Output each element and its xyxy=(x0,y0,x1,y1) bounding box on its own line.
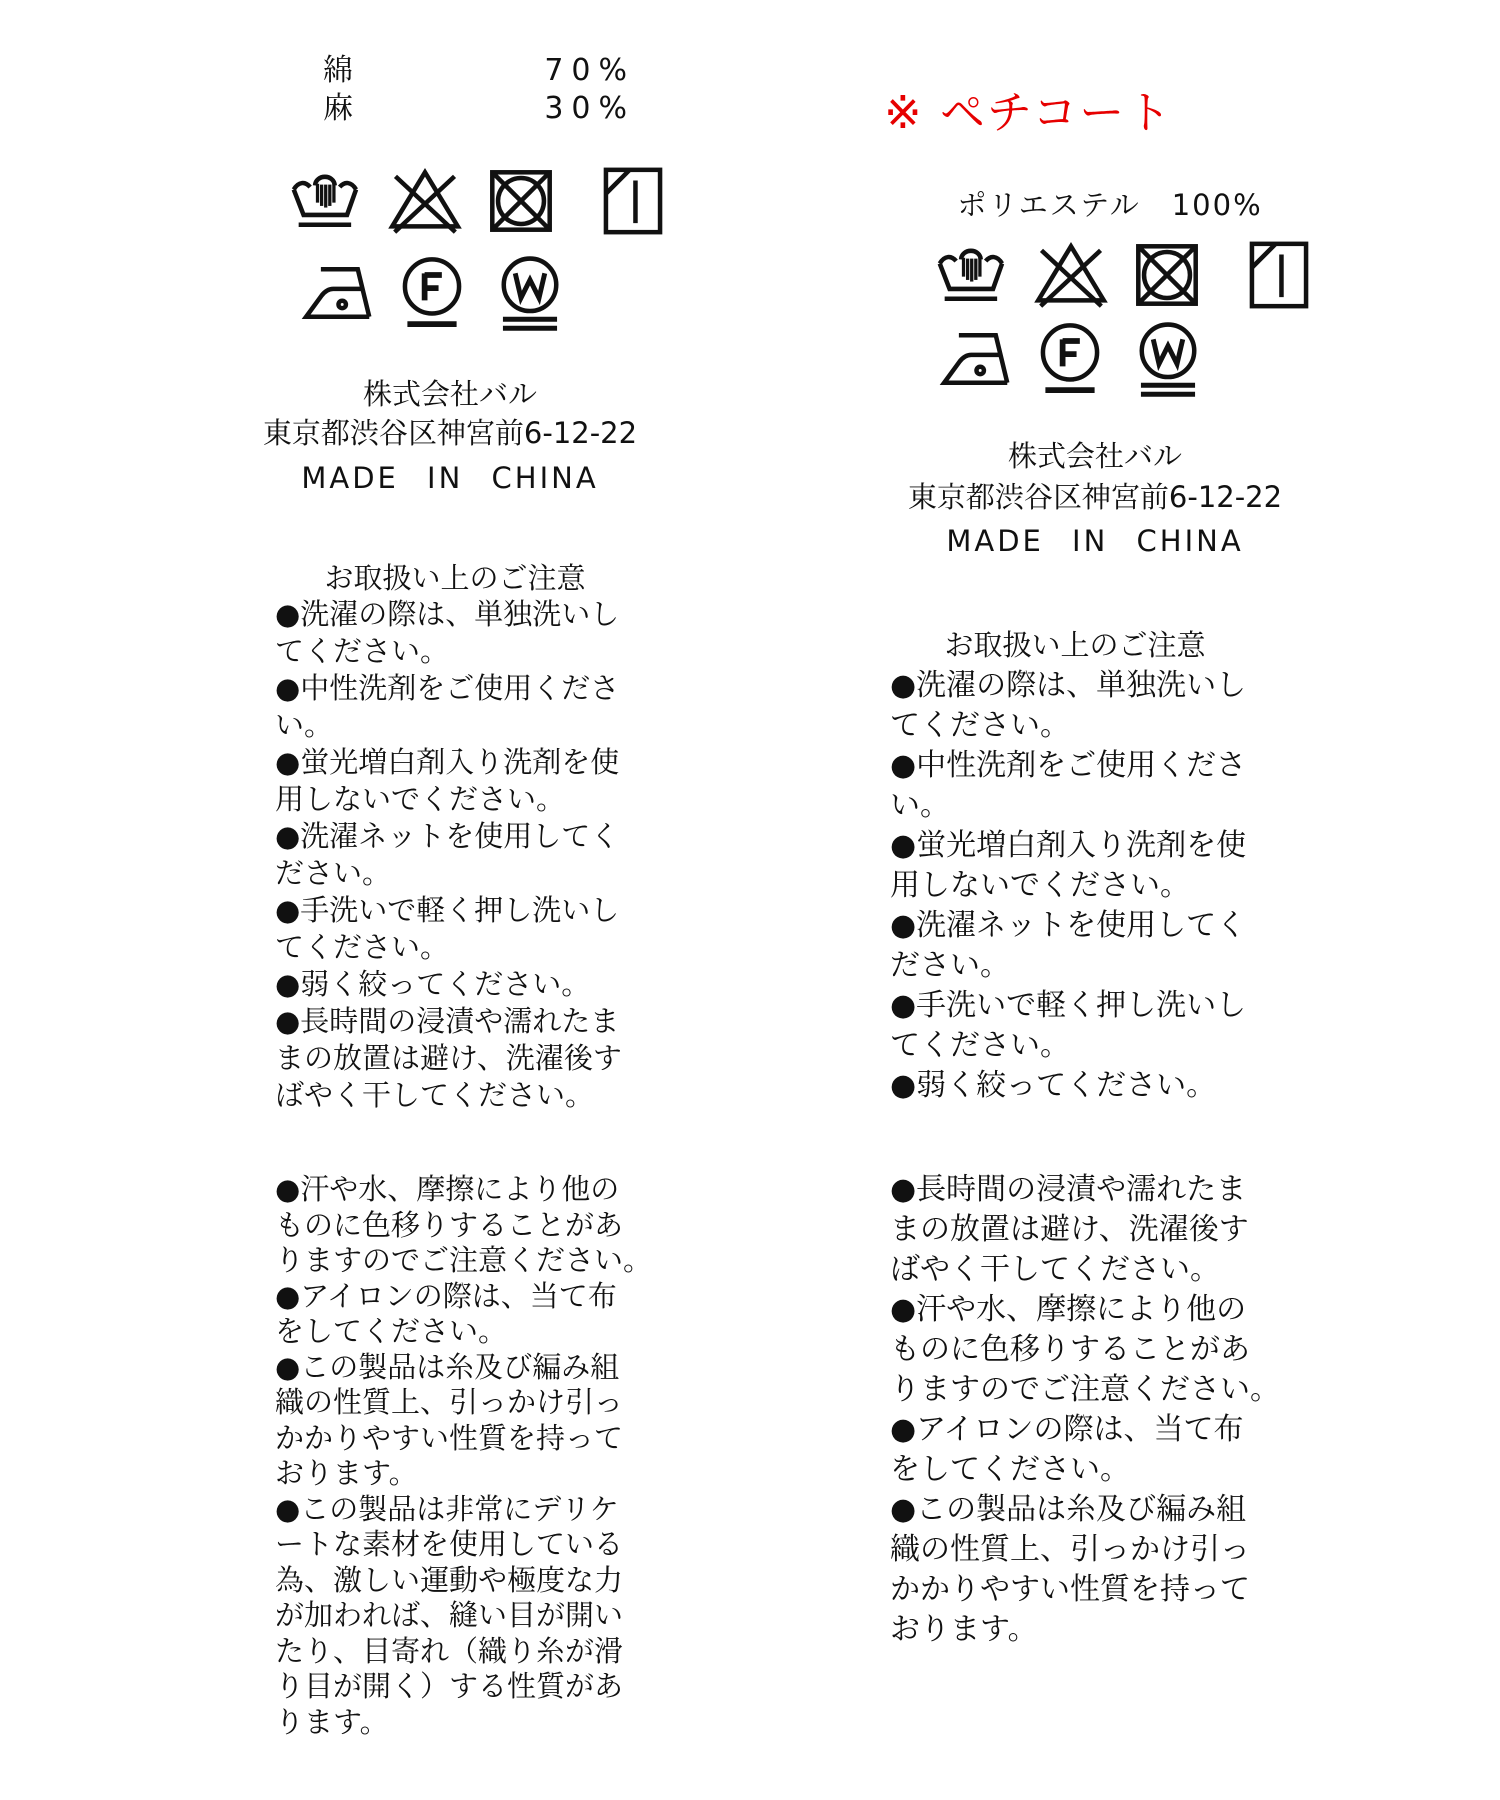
care-line: ●手洗いで軽く押し洗いし xyxy=(890,986,1246,1026)
care-line: をしてください。 xyxy=(275,1314,652,1350)
material-name: 麻 xyxy=(323,90,353,128)
line-dry-in-shade-icon xyxy=(592,159,674,243)
composition-row: 綿 70% xyxy=(323,52,635,90)
care-line: が加われば、縫い目が開い xyxy=(275,1598,652,1634)
do-not-bleach-icon xyxy=(1030,233,1112,317)
company-address: 東京都渋谷区神宮前6-12-22 xyxy=(250,411,650,452)
care-line: い。 xyxy=(275,707,622,744)
composition-row: 麻 30% xyxy=(323,90,635,128)
care-line: ●この製品は糸及び編み組 xyxy=(890,1490,1280,1530)
care-line: ●この製品は糸及び編み組 xyxy=(275,1350,652,1386)
company-name: 株式会社バル xyxy=(250,372,650,413)
material-percent: 70% xyxy=(544,52,635,90)
care-line: ものに色移りすることがあ xyxy=(890,1330,1280,1370)
care-line: ●長時間の浸漬や濡れたま xyxy=(275,1003,622,1040)
care-line: 用しないでください。 xyxy=(890,866,1246,906)
care-line: ●弱く絞ってください。 xyxy=(275,966,622,1003)
care-line: ●洗濯ネットを使用してく xyxy=(890,906,1246,946)
care-notes-block-1: ●洗濯の際は、単独洗いしてください。●中性洗剤をご使用ください。●蛍光増白剤入り… xyxy=(890,666,1246,1106)
care-line: 用しないでください。 xyxy=(275,781,622,818)
care-notes-title: お取扱い上のご注意 xyxy=(275,556,635,597)
care-line: 為、激しい運動や極度な力 xyxy=(275,1563,652,1599)
hand-wash-gentle-icon xyxy=(288,159,370,243)
care-line: ●弱く絞ってください。 xyxy=(890,1066,1246,1106)
care-line: ●洗濯ネットを使用してく xyxy=(275,818,622,855)
care-line: ●洗濯の際は、単独洗いし xyxy=(890,666,1246,706)
care-line: 織の性質上、引っかけ引っ xyxy=(275,1385,652,1421)
care-notes-block-1: ●洗濯の際は、単独洗いしてください。●中性洗剤をご使用ください。●蛍光増白剤入り… xyxy=(275,596,622,1114)
material-name: 綿 xyxy=(323,52,353,90)
care-line: ●中性洗剤をご使用くださ xyxy=(275,670,622,707)
do-not-bleach-icon xyxy=(384,159,466,243)
care-line: かかりやすい性質を持って xyxy=(890,1570,1280,1610)
do-not-tumble-dry-icon xyxy=(480,159,562,243)
hand-wash-gentle-icon xyxy=(934,233,1016,317)
care-notes-title: お取扱い上のご注意 xyxy=(890,623,1260,664)
care-line: おります。 xyxy=(890,1610,1280,1650)
care-line: てください。 xyxy=(275,929,622,966)
care-line: りますのでご注意ください。 xyxy=(275,1243,652,1279)
care-icons-row-2 xyxy=(293,251,571,335)
care-notes-block-2: ●長時間の浸漬や濡れたままの放置は避け、洗濯後すばやく干してください。●汗や水、… xyxy=(890,1170,1280,1650)
care-line: ものに色移りすることがあ xyxy=(275,1208,652,1244)
professional-wet-clean-gentle-W-icon xyxy=(489,251,571,335)
care-line: かかりやすい性質を持って xyxy=(275,1421,652,1457)
care-line: ●蛍光増白剤入り洗剤を使 xyxy=(275,744,622,781)
care-notes-block-2: ●汗や水、摩擦により他のものに色移りすることがありますのでご注意ください。●アイ… xyxy=(275,1172,652,1740)
care-line: ●アイロンの際は、当て布 xyxy=(275,1279,652,1315)
fabric-composition-table: 綿 70% 麻 30% xyxy=(323,52,635,128)
care-line: ●手洗いで軽く押し洗いし xyxy=(275,892,622,929)
petticoat-note: ※ ペチコート xyxy=(884,76,1173,141)
professional-dry-clean-F-icon xyxy=(391,251,473,335)
care-line: おります。 xyxy=(275,1456,652,1492)
care-line: ばやく干してください。 xyxy=(275,1077,622,1114)
care-icons-row-2 xyxy=(931,317,1209,401)
care-line: り目が開く）する性質があ xyxy=(275,1669,652,1705)
care-line: ●長時間の浸漬や濡れたま xyxy=(890,1170,1280,1210)
iron-low-heat-icon xyxy=(293,251,375,335)
care-label-sheet: 綿 70% 麻 30% 株式会社バル 東京都渋谷区神宮前6-12-22 MADE… xyxy=(0,0,1500,1800)
care-line: てください。 xyxy=(890,1026,1246,1066)
care-line: ●汗や水、摩擦により他の xyxy=(890,1290,1280,1330)
company-address: 東京都渋谷区神宮前6-12-22 xyxy=(895,475,1295,516)
care-line: てください。 xyxy=(890,706,1246,746)
care-line: まの放置は避け、洗濯後す xyxy=(890,1210,1280,1250)
care-line: ださい。 xyxy=(275,855,622,892)
care-line: 織の性質上、引っかけ引っ xyxy=(890,1530,1280,1570)
care-line: てください。 xyxy=(275,633,622,670)
country-of-origin: MADE IN CHINA xyxy=(895,524,1295,558)
care-line: ートな素材を使用している xyxy=(275,1527,652,1563)
care-line: ●アイロンの際は、当て布 xyxy=(890,1410,1280,1450)
care-icons-row-1 xyxy=(934,233,1320,317)
care-line: ●中性洗剤をご使用くださ xyxy=(890,746,1246,786)
country-of-origin: MADE IN CHINA xyxy=(250,461,650,495)
care-line: ださい。 xyxy=(890,946,1246,986)
company-name: 株式会社バル xyxy=(895,434,1295,475)
care-line: ●蛍光増白剤入り洗剤を使 xyxy=(890,826,1246,866)
iron-low-heat-icon xyxy=(931,317,1013,401)
care-line: りますのでご注意ください。 xyxy=(890,1370,1280,1410)
care-line: ●この製品は非常にデリケ xyxy=(275,1492,652,1528)
care-icons-row-1 xyxy=(288,159,674,243)
care-line: い。 xyxy=(890,786,1246,826)
line-dry-in-shade-icon xyxy=(1238,233,1320,317)
care-line: をしてください。 xyxy=(890,1450,1280,1490)
care-line: たり、目寄れ（織り糸が滑 xyxy=(275,1634,652,1670)
do-not-tumble-dry-icon xyxy=(1126,233,1208,317)
care-line: まの放置は避け、洗濯後す xyxy=(275,1040,622,1077)
professional-dry-clean-F-icon xyxy=(1029,317,1111,401)
fabric-composition-line: ポリエステル 100% xyxy=(930,183,1290,224)
professional-wet-clean-gentle-W-icon xyxy=(1127,317,1209,401)
care-line: ●汗や水、摩擦により他の xyxy=(275,1172,652,1208)
material-percent: 30% xyxy=(544,90,635,128)
care-line: ります。 xyxy=(275,1705,652,1741)
care-line: ばやく干してください。 xyxy=(890,1250,1280,1290)
care-line: ●洗濯の際は、単独洗いし xyxy=(275,596,622,633)
